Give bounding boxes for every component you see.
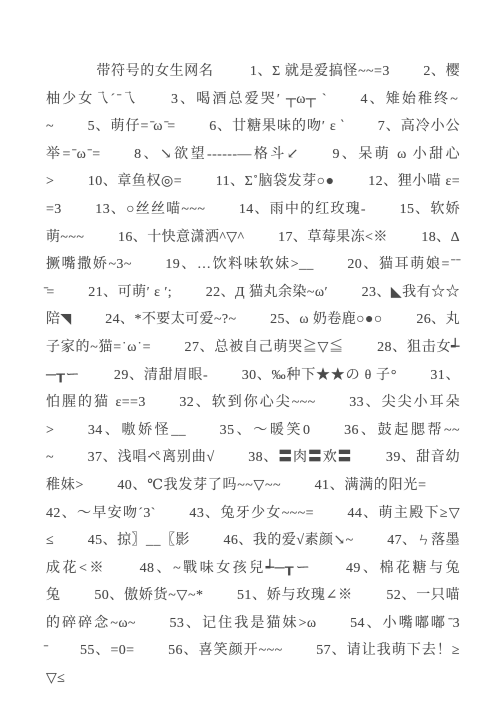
nickname-entry: 48、~戰味女孩兒┵─┰ー [140,561,313,576]
nickname-entry: 35、〜暖笑0 [220,423,311,438]
nickname-entry: 6、廿糖果味的吻′ ε ‵ [209,119,344,134]
nickname-entry: 38、〓肉〓欢〓 [248,450,352,465]
nickname-entry: 5、萌仔= ̄ω ̄= [88,119,176,134]
nickname-entry: 40、℃我发芽了吗~~▽~~ [117,478,281,493]
nickname-entry: 14、雨中的红玫瑰- [239,202,366,217]
nickname-entry: 41、满满的阳光= [315,478,427,493]
nickname-entry: 34、嗷娇怪__ [88,423,186,438]
nickname-entry: 16、十快意潇洒^▽^ [118,230,245,245]
nickname-entry: 13、○丝丝喵~~~ [95,202,205,217]
nickname-entry: 32、软到你心尖~~~ [179,395,315,410]
nickname-entry: 8、↘欲望------—格斗↙ [134,147,299,162]
nickname-entry: 22、Д 猫丸余染~ω′ [206,285,328,300]
nickname-entry: 11、Σ˚脑袋发芽○● [216,174,335,189]
nickname-entry: 55、=0= [80,643,134,658]
nickname-entry: 46、我的爱√素颜↘~ [224,533,354,548]
nickname-entry: 10、章鱼权◎= [88,174,182,189]
nickname-entry: 37、浅唱ペ离别曲√ [88,450,215,465]
nickname-list: 带符号的女生网名1、Σ 就是爱搞怪~~=32、樱柚少女乁´ ̄乁3、喝酒总爱哭′… [46,58,460,693]
nickname-entry: 25、ω 奶卷鹿○●○ [270,312,383,327]
nickname-entry: 24、*不要太可爱~?~ [105,312,236,327]
nickname-entry: 50、傲娇货~▽~* [94,588,203,603]
nickname-entry: 43、兔牙少女~~~= [189,506,314,521]
nickname-entry: 27、总被自己萌哭≧▽≦ [185,340,344,355]
nickname-entry: 29、清甜眉眼- [114,368,208,383]
nickname-entry: 56、喜笑颜开~~~ [168,643,283,658]
nickname-entry: 53、记住我是猫妹>ω [170,616,317,631]
nickname-entry: 45、掠〗__〖影 [88,533,190,548]
nickname-entry: 1、Σ 就是爱搞怪~~=3 [250,64,390,79]
nickname-entry: 21、可萌′ ε ′; [88,285,172,300]
nickname-entry: 17、草莓果冻<※ [278,230,388,245]
nickname-entry: 19、…饮料味软妹>__ [165,257,313,272]
nickname-entry: 51、娇与玫瑰∠※ [237,588,353,603]
document-page: 带符号的女生网名1、Σ 就是爱搞怪~~=32、樱柚少女乁´ ̄乁3、喝酒总爱哭′… [0,0,500,707]
entries-flow: 1、Σ 就是爱搞怪~~=32、樱柚少女乁´ ̄乁3、喝酒总爱哭′ ┬ω┬ `4、… [46,64,460,686]
document-title: 带符号的女生网名 [96,64,213,79]
nickname-entry: 3、喝酒总爱哭′ ┬ω┬ ` [171,92,327,107]
nickname-entry: 42、〜早安吻´3` [46,506,156,521]
nickname-entry: 30、‰种下★★の θ 子° [242,368,397,383]
